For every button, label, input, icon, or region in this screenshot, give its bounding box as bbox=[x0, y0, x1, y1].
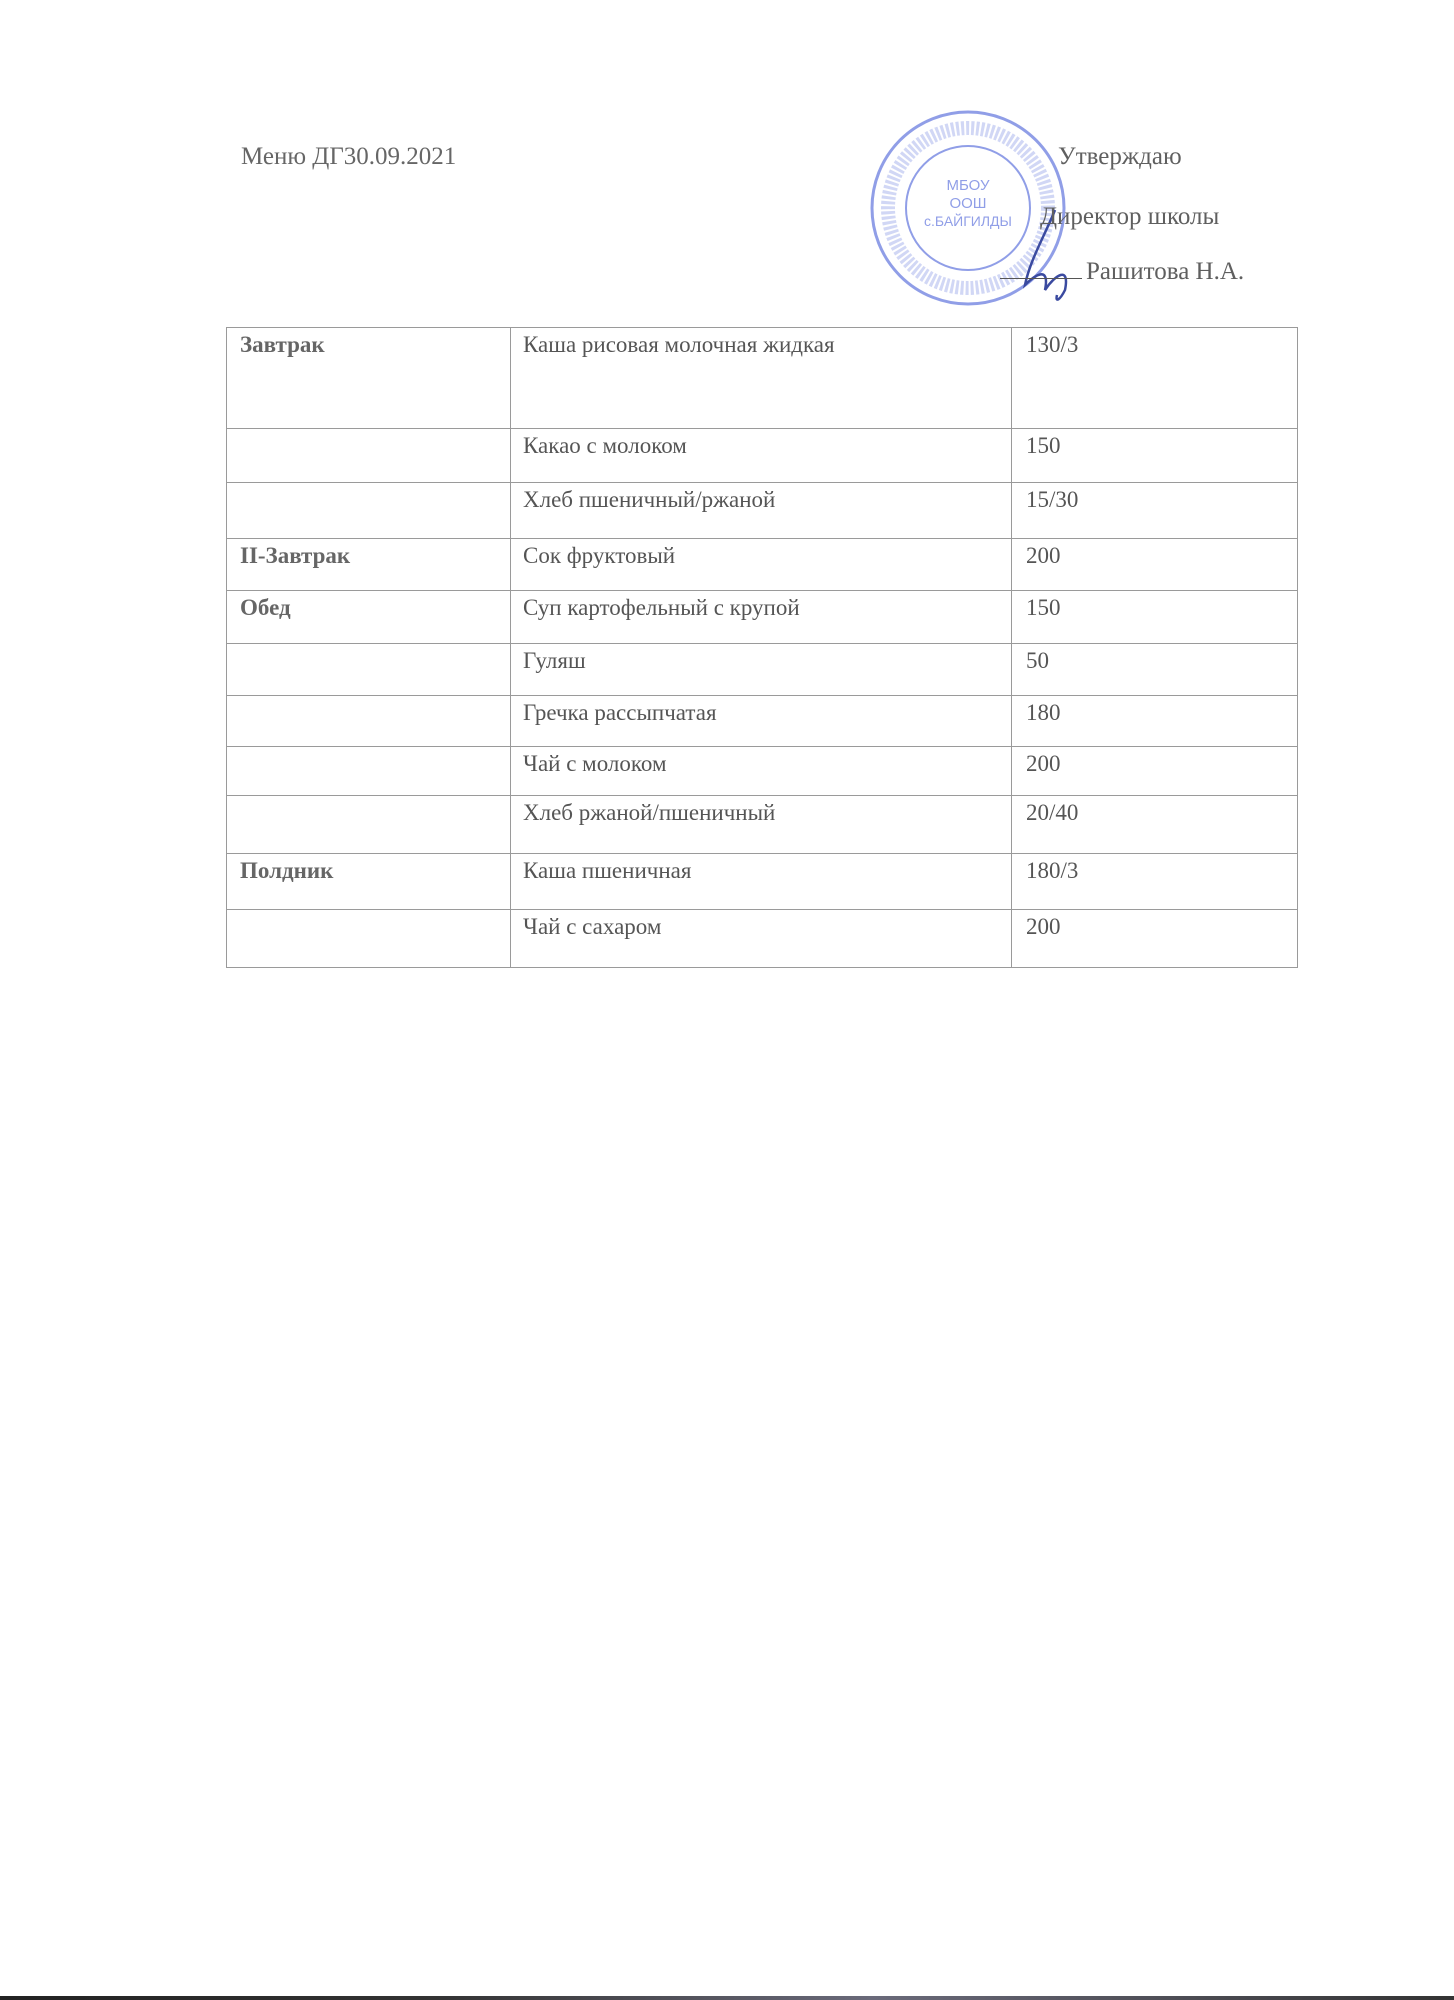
signature-underline bbox=[1000, 278, 1082, 279]
portion-cell: 200 bbox=[1012, 747, 1298, 796]
portion-cell: 180/3 bbox=[1012, 854, 1298, 910]
table-row: II-ЗавтракСок фруктовый200 bbox=[227, 539, 1298, 591]
dish-cell: Гречка рассыпчатая bbox=[511, 696, 1012, 747]
meal-cell: II-Завтрак bbox=[227, 539, 511, 591]
portion-cell: 200 bbox=[1012, 910, 1298, 968]
dish-cell: Каша пшеничная bbox=[511, 854, 1012, 910]
portion-cell: 20/40 bbox=[1012, 796, 1298, 854]
dish-cell: Чай с сахаром bbox=[511, 910, 1012, 968]
svg-text:МБОУ: МБОУ bbox=[946, 177, 990, 194]
dish-cell: Сок фруктовый bbox=[511, 539, 1012, 591]
dish-cell: Хлеб пшеничный/ржаной bbox=[511, 483, 1012, 539]
meal-cell: Завтрак bbox=[227, 328, 511, 429]
page-title: Меню ДГ30.09.2021 bbox=[241, 143, 456, 171]
portion-cell: 150 bbox=[1012, 591, 1298, 644]
table-row: Гуляш50 bbox=[227, 644, 1298, 696]
meal-cell bbox=[227, 644, 511, 696]
svg-text:ООШ: ООШ bbox=[949, 195, 986, 212]
menu-table: Завтрак Каша рисовая молочная жидкая130/… bbox=[226, 327, 1298, 968]
portion-cell: 180 bbox=[1012, 696, 1298, 747]
meal-cell bbox=[227, 796, 511, 854]
director-name: Рашитова Н.А. bbox=[1086, 258, 1244, 285]
table-row: Хлеб ржаной/пшеничный20/40 bbox=[227, 796, 1298, 854]
approve-label: Утверждаю bbox=[1058, 143, 1182, 171]
portion-cell: 150 bbox=[1012, 429, 1298, 483]
meal-cell bbox=[227, 910, 511, 968]
meal-cell: Обед bbox=[227, 591, 511, 644]
portion-cell: 15/30 bbox=[1012, 483, 1298, 539]
meal-cell bbox=[227, 429, 511, 483]
table-row: Чай с молоком200 bbox=[227, 747, 1298, 796]
table-row: Гречка рассыпчатая180 bbox=[227, 696, 1298, 747]
table-row: ОбедСуп картофельный с крупой150 bbox=[227, 591, 1298, 644]
dish-cell: Хлеб ржаной/пшеничный bbox=[511, 796, 1012, 854]
dish-cell: Какао с молоком bbox=[511, 429, 1012, 483]
table-row: Хлеб пшеничный/ржаной15/30 bbox=[227, 483, 1298, 539]
portion-cell: 50 bbox=[1012, 644, 1298, 696]
meal-cell bbox=[227, 696, 511, 747]
director-signature-line: Рашитова Н.А. bbox=[1000, 258, 1244, 286]
table-row: ПолдникКаша пшеничная180/3 bbox=[227, 854, 1298, 910]
portion-cell: 130/3 bbox=[1012, 328, 1298, 429]
table-row: Какао с молоком150 bbox=[227, 429, 1298, 483]
director-position: Директор школы bbox=[1040, 203, 1219, 231]
dish-cell: Каша рисовая молочная жидкая bbox=[511, 328, 1012, 429]
dish-cell: Суп картофельный с крупой bbox=[511, 591, 1012, 644]
svg-text:с.БАЙГИЛДЫ: с.БАЙГИЛДЫ bbox=[924, 212, 1012, 229]
meal-cell bbox=[227, 747, 511, 796]
meal-cell bbox=[227, 483, 511, 539]
table-row: Чай с сахаром200 bbox=[227, 910, 1298, 968]
dish-cell: Чай с молоком bbox=[511, 747, 1012, 796]
scan-edge bbox=[0, 1996, 1454, 2000]
portion-cell: 200 bbox=[1012, 539, 1298, 591]
dish-cell: Гуляш bbox=[511, 644, 1012, 696]
table-row: Завтрак Каша рисовая молочная жидкая130/… bbox=[227, 328, 1298, 429]
meal-cell: Полдник bbox=[227, 854, 511, 910]
